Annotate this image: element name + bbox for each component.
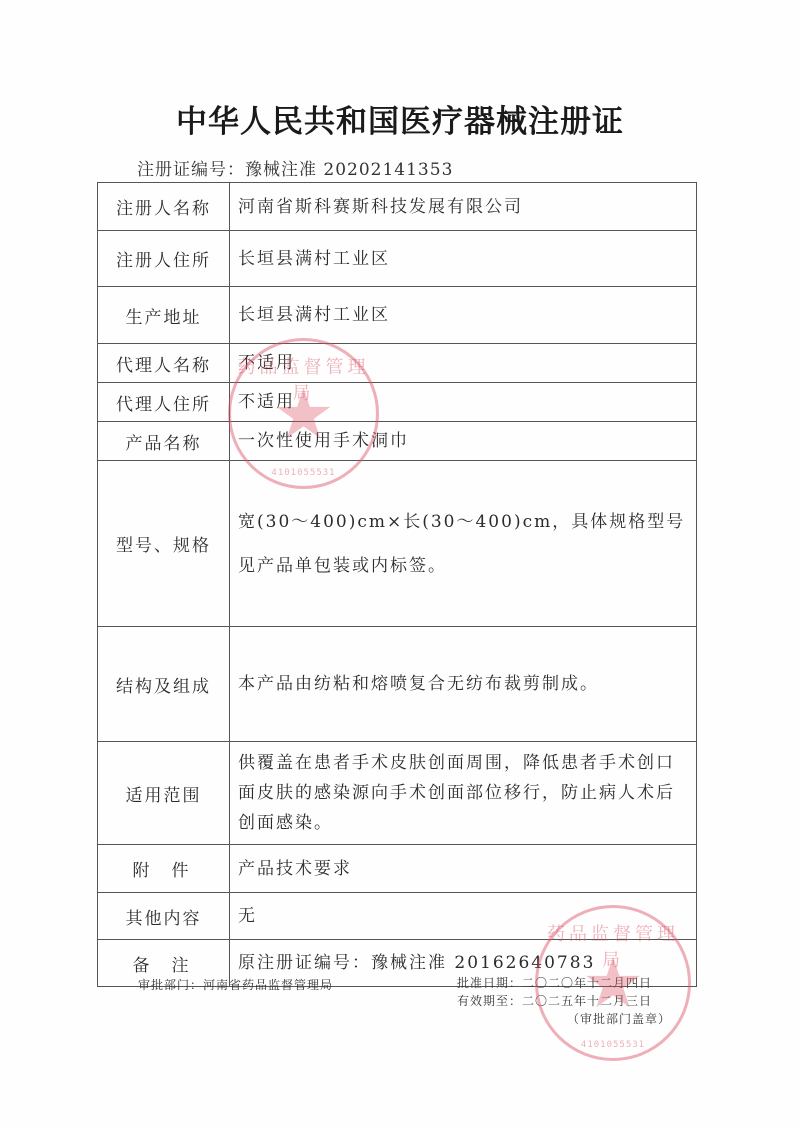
approval-dates: 批准日期：二〇二〇年十二月四日 有效期至：二〇二五年十二月三日 （审批部门盖章） — [457, 974, 671, 1028]
row-label: 产品名称 — [98, 422, 230, 461]
table-row: 代理人名称 不适用 — [98, 344, 697, 383]
certificate-table: 注册人名称 河南省斯科赛斯科技发展有限公司 注册人住所 长垣县满村工业区 生产地… — [97, 182, 697, 987]
table-row: 其他内容 无 — [98, 893, 697, 940]
row-label: 型号、规格 — [98, 461, 230, 627]
row-value: 河南省斯科赛斯科技发展有限公司 — [230, 183, 697, 231]
row-value: 长垣县满村工业区 — [230, 287, 697, 344]
registration-number-label: 注册证编号： — [137, 160, 245, 180]
registration-number-line: 注册证编号：豫械注准 20202141353 — [137, 155, 453, 180]
row-value: 不适用 — [230, 383, 697, 422]
row-label: 注册人名称 — [98, 183, 230, 231]
row-value: 本产品由纺粘和熔喷复合无纺布裁剪制成。 — [230, 627, 697, 742]
row-label: 代理人住所 — [98, 383, 230, 422]
table-row: 注册人住所 长垣县满村工业区 — [98, 231, 697, 287]
valid-until-date: 有效期至：二〇二五年十二月三日 — [457, 992, 671, 1010]
row-value: 不适用 — [230, 344, 697, 383]
stamp-number: 4101055531 — [538, 1040, 688, 1050]
table-row: 适用范围 供覆盖在患者手术皮肤创面周围，降低患者手术创口面皮肤的感染源向手术创面… — [98, 742, 697, 845]
row-label: 代理人名称 — [98, 344, 230, 383]
table-row: 代理人住所 不适用 — [98, 383, 697, 422]
table-row: 生产地址 长垣县满村工业区 — [98, 287, 697, 344]
table-row: 注册人名称 河南省斯科赛斯科技发展有限公司 — [98, 183, 697, 231]
row-label: 适用范围 — [98, 742, 230, 845]
row-label: 其他内容 — [98, 893, 230, 940]
document-title: 中华人民共和国医疗器械注册证 — [0, 96, 800, 141]
table-row: 型号、规格 宽(30～400)cm×长(30～400)cm，具体规格型号见产品单… — [98, 461, 697, 627]
seal-note: （审批部门盖章） — [457, 1010, 671, 1028]
table-row: 产品名称 一次性使用手术洞巾 — [98, 422, 697, 461]
row-value: 一次性使用手术洞巾 — [230, 422, 697, 461]
row-value: 无 — [230, 893, 697, 940]
table-row: 结构及组成 本产品由纺粘和熔喷复合无纺布裁剪制成。 — [98, 627, 697, 742]
row-label: 结构及组成 — [98, 627, 230, 742]
approval-date: 批准日期：二〇二〇年十二月四日 — [457, 974, 671, 992]
row-value: 长垣县满村工业区 — [230, 231, 697, 287]
row-label: 注册人住所 — [98, 231, 230, 287]
table-row: 附件 产品技术要求 — [98, 845, 697, 893]
row-value: 宽(30～400)cm×长(30～400)cm，具体规格型号见产品单包装或内标签… — [230, 461, 697, 627]
row-label: 生产地址 — [98, 287, 230, 344]
registration-number: 豫械注准 20202141353 — [245, 160, 453, 180]
row-value: 产品技术要求 — [230, 845, 697, 893]
certificate-page: 中华人民共和国医疗器械注册证 注册证编号：豫械注准 20202141353 注册… — [0, 0, 800, 1130]
row-label: 附件 — [98, 845, 230, 893]
row-value: 供覆盖在患者手术皮肤创面周围，降低患者手术创口面皮肤的感染源向手术创面部位移行，… — [230, 742, 697, 845]
approval-department: 审批部门：河南省药品监督管理局 — [138, 976, 333, 993]
